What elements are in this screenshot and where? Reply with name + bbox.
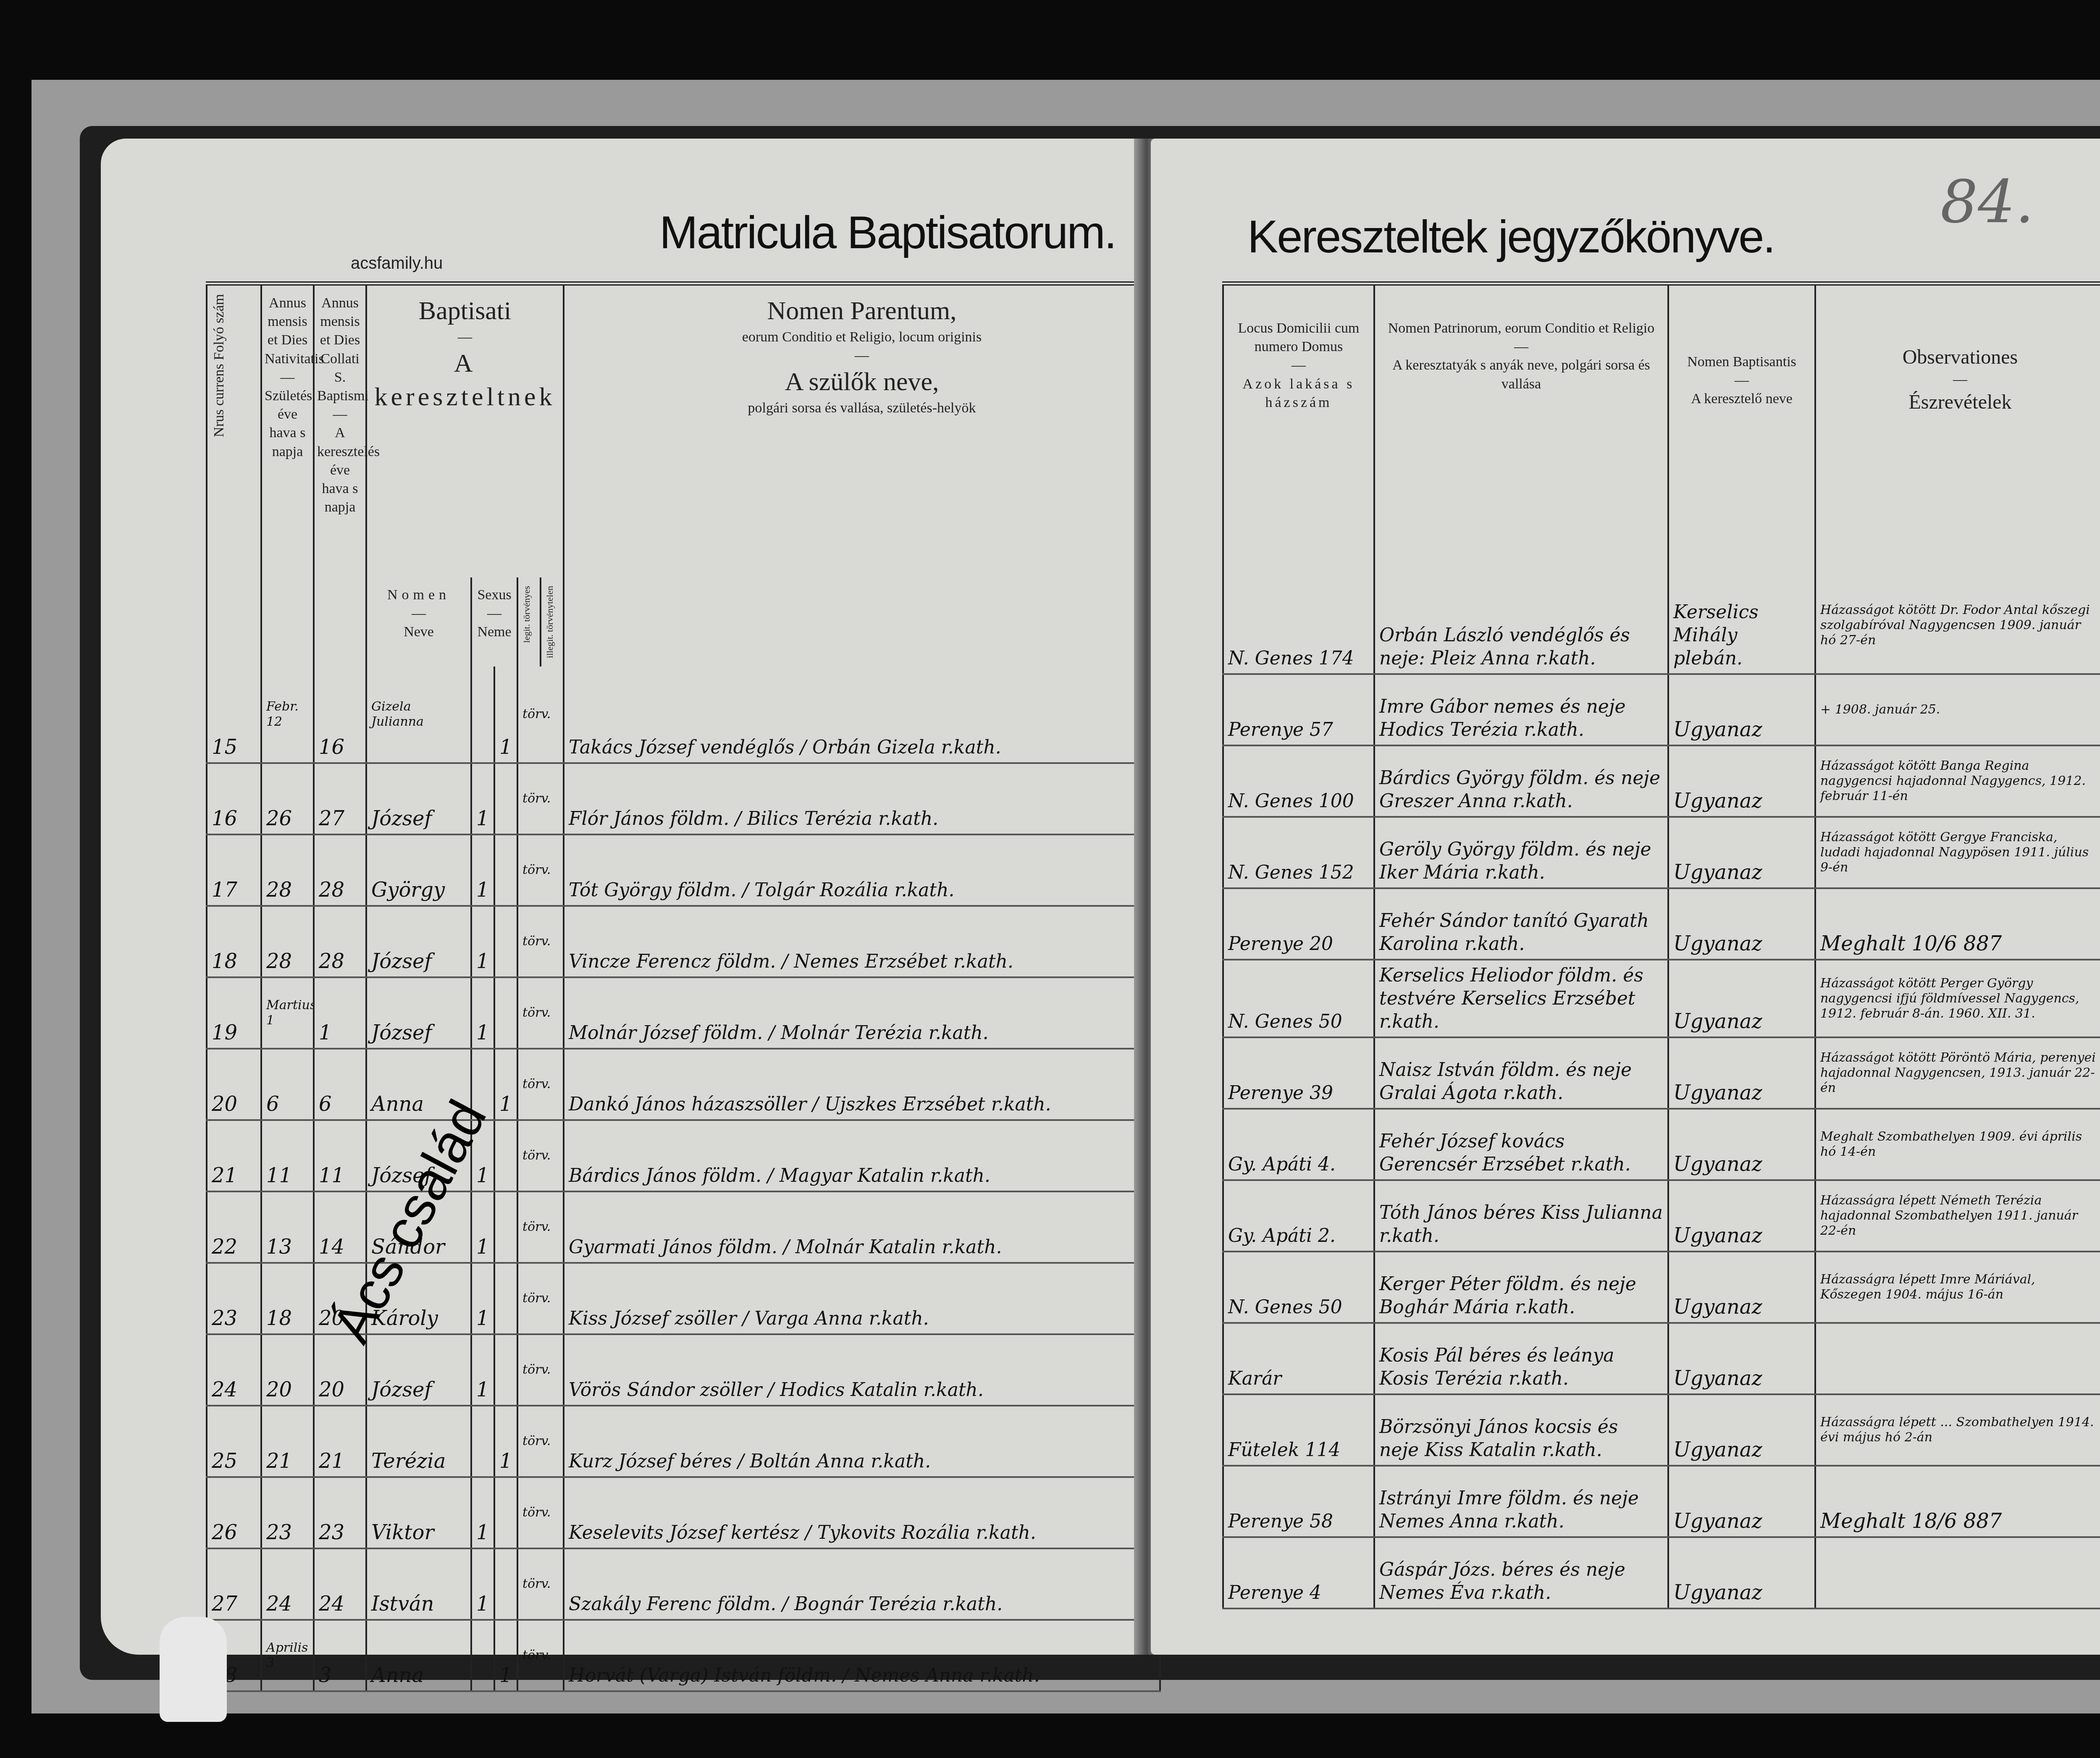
legitimacy: törv. [517,977,564,1049]
header-illegitimate: illegit. törvénytelen [541,577,564,666]
header-domicile: Locus Domicilii cum numero Domus—Azok la… [1223,283,1374,577]
parents: Gyarmati János földm. / Molnár Katalin r… [564,1191,1160,1263]
table-row: 24 20 20 József 1 törv. Vörös Sándor zsö… [207,1334,1160,1406]
baptiser: Ugyanaz [1668,1323,1815,1394]
row-number: 16 [207,763,261,834]
sex-fem: 1 [494,1620,517,1691]
sex-masc: 1 [471,834,494,906]
birth-date: 13 [261,1191,314,1263]
sex-masc: 1 [471,1548,494,1620]
baptism-date: 24 [314,1548,366,1620]
right-page: Kereszteltek jegyzőkönyve. 84. Locus Dom… [1151,139,2100,1655]
sex-masc: 1 [471,1477,494,1548]
sex-fem [494,906,517,977]
child-name: Viktor [366,1477,471,1548]
baptism-date: 28 [314,834,366,906]
table-row: N. Genes 50 Kerselics Heliodor földm. és… [1223,960,2100,1037]
birth-date: 28 [261,906,314,977]
baptiser: Ugyanaz [1668,1466,1815,1537]
sex-fem [494,977,517,1049]
godparents: Naisz István földm. és neje Gralai Ágota… [1374,1037,1668,1109]
sex-masc [471,1620,494,1691]
godparents: Istrányi Imre földm. és neje Nemes Anna … [1374,1466,1668,1537]
table-row: 18 28 28 József 1 törv. Vincze Ferencz f… [207,906,1160,977]
child-name: Terézia [366,1406,471,1477]
baptiser: Ugyanaz [1668,888,1815,960]
sex-masc: 1 [471,1263,494,1334]
legitimacy: törv. [517,1263,564,1334]
baptism-register-left: Nrus currens Folyó szám Annus mensis et … [206,281,1161,1692]
birth-date: Aprilis 3 [261,1620,314,1691]
table-row: Perenye 58 Istrányi Imre földm. és neje … [1223,1466,2100,1537]
sex-fem [494,1477,517,1548]
baptiser: Ugyanaz [1668,1252,1815,1323]
birth-date: 6 [261,1049,314,1120]
birth-date: 18 [261,1263,314,1334]
header-baptisati: Baptisati — A kereszteltnek [366,283,564,577]
sex-fem: 1 [494,666,517,763]
row-number: 22 [207,1191,261,1263]
row-number: 26 [207,1477,261,1548]
site-watermark: acsfamily.hu [351,254,443,273]
table-row: Perenye 57 Imre Gábor nemes és neje Hodi… [1223,674,2100,745]
godparents: Kerger Péter földm. és neje Boghár Mária… [1374,1252,1668,1323]
table-row: Perenye 20 Fehér Sándor tanító Gyarath K… [1223,888,2100,960]
domicile: Perenye 4 [1223,1537,1374,1608]
observation: Házasságra lépett ... Szombathelyen 1914… [1815,1394,2100,1466]
legitimacy: törv. [517,1191,564,1263]
table-row: N. Genes 100 Bárdics György földm. és ne… [1223,745,2100,817]
row-number: 15 [207,666,261,763]
header-baptism-date: Annus mensis et Dies Collati S. Baptismi… [314,283,366,666]
row-number: 27 [207,1548,261,1620]
table-row: 19 Martius 1 1 József 1 törv. Molnár Józ… [207,977,1160,1049]
sex-fem [494,1334,517,1406]
observation: Házasságot kötött Gergye Franciska, luda… [1815,817,2100,888]
domicile: N. Genes 100 [1223,745,1374,817]
baptism-date: 16 [314,666,366,763]
observation: Meghalt 18/6 887 [1815,1466,2100,1537]
baptiser: Ugyanaz [1668,1394,1815,1466]
observation: Meghalt 10/6 887 [1815,888,2100,960]
domicile: Gy. Apáti 4. [1223,1109,1374,1180]
page-title-hungarian: Kereszteltek jegyzőkönyve. [1247,210,1774,263]
page-title-latin: Matricula Baptisatorum. [659,206,1116,259]
child-name: Gizela Julianna [366,666,471,763]
domicile: N. Genes 50 [1223,1252,1374,1323]
domicile: Perenye 57 [1223,674,1374,745]
baptism-date: 23 [314,1477,366,1548]
legitimacy: törv. [517,834,564,906]
header-birth-date: Annus mensis et Dies Nativitatis—Születé… [261,283,314,666]
baptiser: Ugyanaz [1668,1180,1815,1252]
page-number: 84. [1940,168,2034,236]
table-row: Perenye 39 Naisz István földm. és neje G… [1223,1037,2100,1109]
legitimacy: törv. [517,763,564,834]
baptism-date: 27 [314,763,366,834]
baptiser: Ugyanaz [1668,1537,1815,1608]
birth-date: 21 [261,1406,314,1477]
row-number: 24 [207,1334,261,1406]
baptiser: Ugyanaz [1668,960,1815,1037]
baptiser: Ugyanaz [1668,1109,1815,1180]
parents: Kurz József béres / Boltán Anna r.kath. [564,1406,1160,1477]
domicile: Fütelek 114 [1223,1394,1374,1466]
godparents: Kosis Pál béres és leánya Kosis Terézia … [1374,1323,1668,1394]
child-name: József [366,906,471,977]
table-row: N. Genes 174 Orbán László vendéglős és n… [1223,577,2100,674]
domicile: N. Genes 50 [1223,960,1374,1037]
row-number: 25 [207,1406,261,1477]
legitimacy: törv. [517,906,564,977]
domicile: N. Genes 152 [1223,817,1374,888]
godparents: Kerselics Heliodor földm. és testvére Ke… [1374,960,1668,1037]
header-row-number: Nrus currens Folyó szám [207,283,261,666]
sex-fem [494,1263,517,1334]
baptism-date: 21 [314,1406,366,1477]
domicile: Perenye 39 [1223,1037,1374,1109]
birth-date: Febr. 12 [261,666,314,763]
godparents: Börzsönyi János kocsis és neje Kiss Kata… [1374,1394,1668,1466]
parents: Horvát (Varga) István földm. / Nemes Ann… [564,1620,1160,1691]
birth-date: 11 [261,1120,314,1191]
table-row: N. Genes 152 Geröly György földm. és nej… [1223,817,2100,888]
parents: Vörös Sándor zsöller / Hodics Katalin r.… [564,1334,1160,1406]
parents: Szakály Ferenc földm. / Bognár Terézia r… [564,1548,1160,1620]
sex-masc: 1 [471,1334,494,1406]
birth-date: Martius 1 [261,977,314,1049]
birth-date: 23 [261,1477,314,1548]
table-row: 28 Aprilis 3 3 Anna 1 törv. Horvát (Varg… [207,1620,1160,1691]
table-row: 16 26 27 József 1 törv. Flór János földm… [207,763,1160,834]
legitimacy: törv. [517,1406,564,1477]
parents: Kiss József zsöller / Varga Anna r.kath. [564,1263,1160,1334]
sex-fem: 1 [494,1406,517,1477]
observation [1815,1323,2100,1394]
baptism-date: 11 [314,1120,366,1191]
observation: Házasságot kötött Perger György nagygenc… [1815,960,2100,1037]
observation: Házasságot kötött Pöröntö Mária, perenye… [1815,1037,2100,1109]
parents: Dankó János házaszsöller / Ujszkes Erzsé… [564,1049,1160,1120]
table-row: N. Genes 50 Kerger Péter földm. és neje … [1223,1252,2100,1323]
table-row: Gy. Apáti 4. Fehér József kovács Gerencs… [1223,1109,2100,1180]
parents: Takács József vendéglős / Orbán Gizela r… [564,666,1160,763]
sex-masc: 1 [471,1191,494,1263]
baptiser: Ugyanaz [1668,674,1815,745]
row-number: 18 [207,906,261,977]
domicile: N. Genes 174 [1223,577,1374,674]
sex-masc: 1 [471,906,494,977]
legitimacy: törv. [517,666,564,763]
parents: Tót György földm. / Tolgár Rozália r.kat… [564,834,1160,906]
legitimacy: törv. [517,1334,564,1406]
parents: Bárdics János földm. / Magyar Katalin r.… [564,1120,1160,1191]
header-child-name: Nomen—Neve [366,577,471,666]
legitimacy: törv. [517,1548,564,1620]
child-name: József [366,1334,471,1406]
row-number: 17 [207,834,261,906]
parents: Flór János földm. / Bilics Terézia r.kat… [564,763,1160,834]
observation: Házasságra lépett Németh Terézia hajadon… [1815,1180,2100,1252]
sex-fem: 1 [494,1049,517,1120]
domicile: Karár [1223,1323,1374,1394]
godparents: Gáspár Józs. béres és neje Nemes Éva r.k… [1374,1537,1668,1608]
row-number: 23 [207,1263,261,1334]
legitimacy: törv. [517,1049,564,1120]
table-row: 26 23 23 Viktor 1 törv. Keselevits Józse… [207,1477,1160,1548]
baptism-register-right: Locus Domicilii cum numero Domus—Azok la… [1222,281,2100,1609]
birth-date: 26 [261,763,314,834]
baptism-date: 3 [314,1620,366,1691]
sex-fem [494,834,517,906]
sex-fem [494,1548,517,1620]
table-row: Gy. Apáti 2. Tóth János béres Kiss Julia… [1223,1180,2100,1252]
header-parents: Nomen Parentum, eorum Conditio et Religi… [564,283,1160,666]
observation: Házasságra lépett Imre Máriával, Kőszege… [1815,1252,2100,1323]
baptiser: Ugyanaz [1668,817,1815,888]
header-sex: Sexus—Neme [471,577,517,666]
child-name: István [366,1548,471,1620]
table-row: 20 6 6 Anna 1 törv. Dankó János házaszsö… [207,1049,1160,1120]
godparents: Imre Gábor nemes és neje Hodics Terézia … [1374,674,1668,745]
observation: Meghalt Szombathelyen 1909. évi április … [1815,1109,2100,1180]
table-row: 15 Febr. 12 16 Gizela Julianna 1 törv. T… [207,666,1160,763]
domicile: Gy. Apáti 2. [1223,1180,1374,1252]
child-name: Anna [366,1620,471,1691]
table-row: 21 11 11 József 1 törv. Bárdics János fö… [207,1120,1160,1191]
observation: Házasságot kötött Banga Regina nagygencs… [1815,745,2100,817]
baptism-date: 28 [314,906,366,977]
sex-fem [494,763,517,834]
domicile: Perenye 20 [1223,888,1374,960]
baptiser: Ugyanaz [1668,1037,1815,1109]
legitimacy: törv. [517,1620,564,1691]
sex-masc: 1 [471,977,494,1049]
header-godparents: Nomen Patrinorum, eorum Conditio et Reli… [1374,283,1668,577]
child-name: József [366,977,471,1049]
row-number: 20 [207,1049,261,1120]
domicile: Perenye 58 [1223,1466,1374,1537]
table-row: 17 28 28 György 1 törv. Tót György földm… [207,834,1160,906]
observation: + 1908. január 25. [1815,674,2100,745]
parents: Keselevits József kertész / Tykovits Roz… [564,1477,1160,1548]
birth-date: 24 [261,1548,314,1620]
sex-fem [494,1120,517,1191]
child-name: József [366,763,471,834]
table-row: Fütelek 114 Börzsönyi János kocsis és ne… [1223,1394,2100,1466]
godparents: Fehér Sándor tanító Gyarath Karolina r.k… [1374,888,1668,960]
table-row: 27 24 24 István 1 törv. Szakály Ferenc f… [207,1548,1160,1620]
page-holding-thumb [160,1617,227,1722]
baptiser: Kerselics Mihály plebán. [1668,577,1815,674]
header-legitimate: legit. törvényes [517,577,541,666]
sex-fem [494,1191,517,1263]
godparents: Tóth János béres Kiss Julianna r.kath. [1374,1180,1668,1252]
godparents: Bárdics György földm. és neje Greszer An… [1374,745,1668,817]
child-name: György [366,834,471,906]
baptism-date: 6 [314,1049,366,1120]
table-row: 25 21 21 Terézia 1 törv. Kurz József bér… [207,1406,1160,1477]
baptism-date: 20 [314,1334,366,1406]
baptiser: Ugyanaz [1668,745,1815,817]
table-row: 22 13 14 Sándor 1 törv. Gyarmati János f… [207,1191,1160,1263]
sex-masc [471,666,494,763]
observation: Házasságot kötött Dr. Fodor Antal kőszeg… [1815,577,2100,674]
godparents: Orbán László vendéglős és neje: Pleiz An… [1374,577,1668,674]
left-page: acsfamily.hu Matricula Baptisatorum. Nru… [101,139,1142,1655]
godparents: Fehér József kovács Gerencsér Erzsébet r… [1374,1109,1668,1180]
birth-date: 28 [261,834,314,906]
row-number: 19 [207,977,261,1049]
legitimacy: törv. [517,1477,564,1548]
header-observations: Observationes—Észrevételek [1815,283,2100,577]
sex-masc [471,1406,494,1477]
table-row: Perenye 4 Gáspár Józs. béres és neje Nem… [1223,1537,2100,1608]
observation [1815,1537,2100,1608]
parents: Vincze Ferencz földm. / Nemes Erzsébet r… [564,906,1160,977]
parents: Molnár József földm. / Molnár Terézia r.… [564,977,1160,1049]
table-row: Karár Kosis Pál béres és leánya Kosis Te… [1223,1323,2100,1394]
birth-date: 20 [261,1334,314,1406]
sex-masc: 1 [471,763,494,834]
row-number: 21 [207,1120,261,1191]
baptism-date: 1 [314,977,366,1049]
header-baptiser: Nomen Baptisantis—A keresztelő neve [1668,283,1815,577]
legitimacy: törv. [517,1120,564,1191]
godparents: Geröly György földm. és neje Iker Mária … [1374,817,1668,888]
